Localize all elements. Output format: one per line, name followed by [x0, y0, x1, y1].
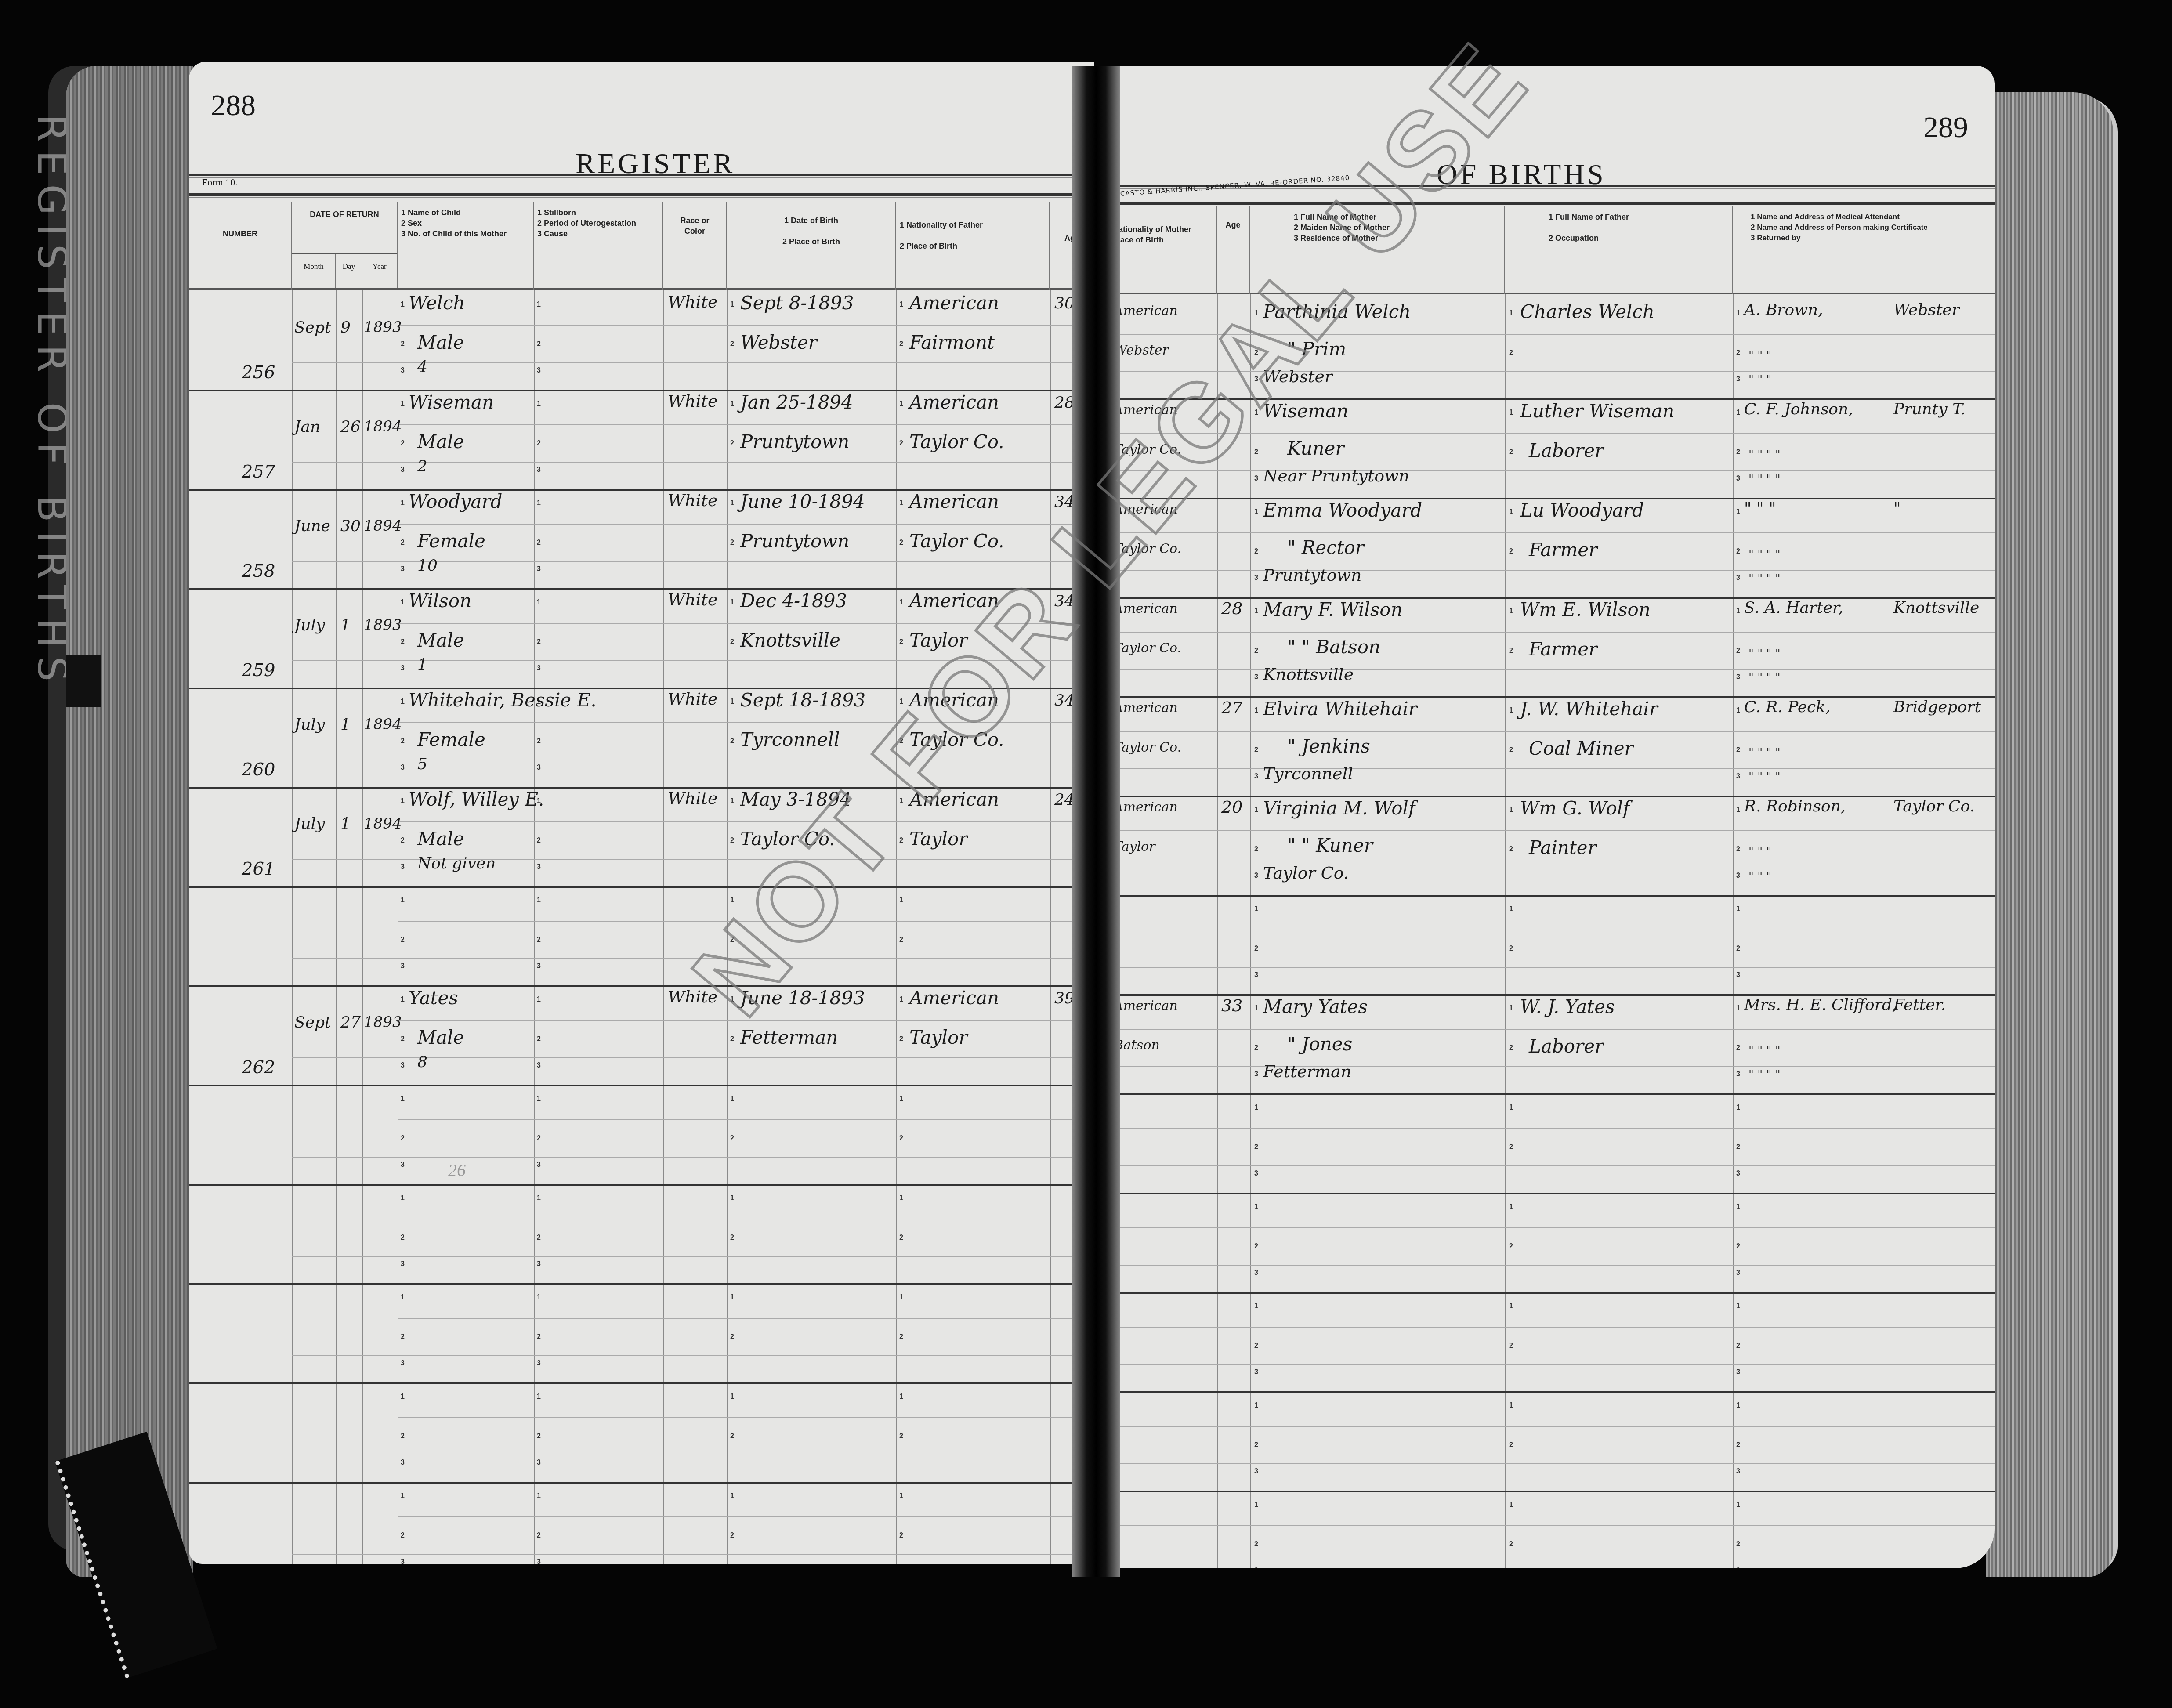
- mother-maiden-name: " Jones: [1287, 1033, 1352, 1055]
- row-subline: [1103, 1066, 1995, 1067]
- return-month: Sept: [294, 1013, 331, 1031]
- return-day: 1: [340, 616, 351, 634]
- line-index: 1: [1509, 707, 1513, 715]
- line-index: 2: [1736, 1243, 1740, 1251]
- return-month: June: [294, 517, 330, 535]
- return-year: 1893: [364, 318, 402, 336]
- row-subline: [292, 1355, 1094, 1356]
- header-race: Race or Color: [663, 202, 727, 290]
- line-index: 2: [899, 1333, 903, 1341]
- page-edges-left: [66, 66, 193, 1577]
- line-index: 2: [401, 340, 405, 348]
- line-index: 2: [730, 1234, 734, 1242]
- entry-number: 256: [242, 362, 275, 383]
- table-row: 1122331122: [1103, 897, 1995, 996]
- child-name: Woodyard: [409, 491, 503, 512]
- child-name: Wiseman: [409, 391, 494, 413]
- return-day: 1: [340, 716, 351, 734]
- line-index: 2: [1509, 846, 1513, 854]
- line-index: 1: [1254, 1501, 1258, 1509]
- line-index: 2: [537, 539, 541, 547]
- line-index: 1: [1509, 1005, 1513, 1013]
- table-row: 1122331122262Sept271893YatesMale8WhiteJu…: [189, 987, 1094, 1086]
- mother-age: 27: [1221, 698, 1242, 717]
- line-index: 1: [401, 301, 405, 309]
- line-index: 2: [899, 638, 903, 646]
- line-index: 2: [730, 1433, 734, 1440]
- row-subline: [1103, 1426, 1995, 1427]
- father-name: Wm G. Wolf: [1520, 797, 1630, 819]
- table-row: 1122331122: [189, 1484, 1094, 1564]
- line-index: 3: [1254, 673, 1258, 681]
- header-rule: [1103, 202, 1995, 206]
- row-subline: [292, 859, 1094, 860]
- row-subline: [1103, 1525, 1995, 1526]
- child-sex: Male: [417, 630, 464, 651]
- birth-date: Jan 25-1894: [740, 391, 853, 413]
- line-index: 2: [401, 936, 405, 944]
- row-subline: [1103, 731, 1995, 732]
- line-index: 2: [537, 936, 541, 944]
- table-row: 1122331122: [1103, 1095, 1995, 1194]
- line-index: 2: [1509, 1342, 1513, 1350]
- certifier: " " ": [1748, 846, 1771, 859]
- row-subline: [292, 1157, 1094, 1158]
- line-index: 3: [1736, 574, 1740, 582]
- entry-number: 262: [242, 1057, 275, 1078]
- line-index: 1: [401, 897, 405, 905]
- race: White: [668, 491, 717, 510]
- row-subline: [292, 1554, 1094, 1555]
- line-index: 3: [537, 367, 541, 375]
- table-row: 1122331122: [1103, 1393, 1995, 1492]
- row-subline: [398, 424, 1094, 425]
- line-index: 1: [899, 1492, 903, 1500]
- return-month: July: [294, 815, 325, 833]
- line-index: 1: [899, 400, 903, 408]
- line-index: 3: [401, 1459, 405, 1467]
- table-row: 1122331122256Sept91893WelchMale4WhiteSep…: [189, 292, 1094, 391]
- line-index: 3: [537, 665, 541, 673]
- line-index: 2: [1509, 1243, 1513, 1251]
- line-index: 1: [1254, 1104, 1258, 1112]
- return-day: 26: [340, 418, 361, 436]
- table-row: 1122331122: [189, 1285, 1094, 1384]
- mother-name: Elvira Whitehair: [1263, 698, 1417, 720]
- line-index: 3: [1254, 1269, 1258, 1277]
- father-name: Luther Wiseman: [1520, 400, 1674, 422]
- returned-by: " " ": [1748, 870, 1771, 883]
- mother-age: 20: [1221, 797, 1242, 817]
- row-subline: [1103, 570, 1995, 571]
- mother-maiden-name: Kuner: [1287, 438, 1344, 459]
- line-index: 2: [1736, 1044, 1740, 1052]
- line-index: 2: [401, 837, 405, 845]
- form-label: Form 10.: [202, 177, 238, 188]
- line-index: 2: [1736, 647, 1740, 655]
- line-index: 3: [537, 963, 541, 970]
- header-date-of-return: DATE OF RETURN: [292, 202, 398, 255]
- line-index: 3: [1254, 574, 1258, 582]
- line-index: 2: [537, 1035, 541, 1043]
- line-index: 2: [730, 837, 734, 845]
- header-father: 1 Full Name of Father 2 Occupation: [1505, 206, 1733, 294]
- mother-age: 33: [1221, 996, 1242, 1015]
- line-index: 3: [1736, 1468, 1740, 1476]
- row-subline: [292, 561, 1094, 562]
- child-sex: Female: [417, 530, 485, 552]
- row-subline: [398, 821, 1094, 822]
- father-age: 30: [1054, 294, 1075, 312]
- return-day: 27: [340, 1013, 361, 1031]
- line-index: 3: [401, 764, 405, 772]
- race: White: [668, 689, 717, 709]
- table-row: 1122331122: [1103, 1294, 1995, 1393]
- return-day: 9: [340, 318, 351, 337]
- line-index: 1: [730, 1393, 734, 1401]
- return-day: 1: [340, 815, 351, 833]
- line-index: 3: [1736, 376, 1740, 384]
- line-index: 1: [1736, 806, 1740, 814]
- line-index: 2: [537, 440, 541, 448]
- line-index: 3: [1736, 1567, 1740, 1568]
- line-index: 1: [1509, 1402, 1513, 1410]
- row-subline: [1103, 1227, 1995, 1228]
- line-index: 3: [1736, 773, 1740, 781]
- line-index: 1: [1254, 806, 1258, 814]
- line-index: 3: [401, 963, 405, 970]
- child-sex: Male: [417, 1027, 464, 1048]
- line-index: 2: [730, 539, 734, 547]
- line-index: 2: [537, 738, 541, 745]
- child-number: 5: [417, 755, 427, 773]
- entry-number: 257: [242, 462, 275, 482]
- mother-age: 28: [1221, 599, 1242, 618]
- line-index: 2: [1254, 647, 1258, 655]
- table-row: 1122331122AmericanTaylor Co.27Elvira Whi…: [1103, 698, 1995, 797]
- line-index: 3: [401, 1360, 405, 1368]
- column-headers-left: NUMBER DATE OF RETURN Month Day Year 1 N…: [189, 202, 1094, 290]
- row-subline: [292, 1256, 1094, 1257]
- returned-by: " " " ": [1748, 572, 1781, 585]
- line-index: 1: [1254, 1303, 1258, 1310]
- left-page: 288 REGISTER Form 10. NUMBER DATE OF RET…: [189, 62, 1094, 1564]
- line-index: 2: [1254, 746, 1258, 754]
- line-index: 1: [1509, 806, 1513, 814]
- line-index: 2: [1254, 945, 1258, 953]
- line-index: 1: [537, 599, 541, 607]
- line-index: 1: [401, 996, 405, 1004]
- line-index: 3: [537, 1161, 541, 1169]
- child-sex: Female: [417, 729, 485, 750]
- entry-number: 258: [242, 561, 275, 581]
- row-subline: [398, 1516, 1094, 1517]
- returned-by: " " " ": [1748, 473, 1781, 486]
- line-index: 1: [899, 897, 903, 905]
- father-age: 39: [1054, 989, 1075, 1007]
- returned-by: " " " ": [1748, 771, 1781, 784]
- father-age: 28: [1054, 394, 1075, 412]
- line-index: 1: [1736, 310, 1740, 318]
- line-index: 1: [401, 1393, 405, 1401]
- line-index: 2: [730, 440, 734, 448]
- table-row: 1122331122: [1103, 1194, 1995, 1294]
- medical-attendant: A. Brown,: [1744, 301, 1823, 319]
- father-birthplace: Taylor: [909, 1027, 967, 1048]
- return-month: Sept: [294, 318, 331, 337]
- line-index: 2: [537, 1135, 541, 1143]
- table-row: 1122331122AmericanBatson33Mary Yates" Jo…: [1103, 996, 1995, 1095]
- table-row: 1122331122AmericanTaylor Co.28Mary F. Wi…: [1103, 599, 1995, 698]
- mother-maiden-name: " Jenkins: [1287, 735, 1370, 757]
- father-nationality: American: [909, 292, 999, 314]
- line-index: 1: [537, 400, 541, 408]
- line-index: 1: [1736, 1203, 1740, 1211]
- table-row: 1122331122AmericanTaylor20Virginia M. Wo…: [1103, 797, 1995, 897]
- return-day: 30: [340, 517, 361, 535]
- line-index: 1: [730, 499, 734, 507]
- father-occupation: Laborer: [1529, 440, 1604, 461]
- line-index: 2: [730, 1532, 734, 1540]
- page-edges-right: [1986, 92, 2113, 1577]
- line-index: 3: [1736, 1269, 1740, 1277]
- row-subline: [1103, 1463, 1995, 1464]
- line-index: 1: [1254, 508, 1258, 516]
- line-index: 2: [537, 1333, 541, 1341]
- line-index: 1: [1736, 409, 1740, 417]
- father-birthplace: Taylor Co.: [909, 431, 1004, 452]
- line-index: 1: [1509, 1303, 1513, 1310]
- line-index: 3: [1736, 673, 1740, 681]
- line-index: 1: [1509, 508, 1513, 516]
- line-index: 3: [537, 1260, 541, 1268]
- row-subline: [398, 325, 1094, 326]
- table-row: 1122331122: [189, 888, 1094, 987]
- father-name: W. J. Yates: [1520, 996, 1615, 1017]
- line-index: 1: [1509, 310, 1513, 318]
- child-name: Whitehair, Bessie E.: [409, 689, 597, 711]
- medical-attendant: C. R. Peck,: [1744, 698, 1830, 716]
- return-year: 1894: [364, 418, 402, 435]
- row-subline: [292, 1455, 1094, 1455]
- line-index: 2: [537, 340, 541, 348]
- row-subline: [1103, 1364, 1995, 1365]
- race: White: [668, 292, 717, 311]
- mother-name: Emma Woodyard: [1263, 499, 1422, 521]
- line-index: 2: [1736, 846, 1740, 854]
- birth-place: Webster: [740, 332, 817, 353]
- header-month: Month: [292, 253, 336, 288]
- line-index: 1: [1736, 1402, 1740, 1410]
- line-index: 2: [1736, 945, 1740, 953]
- line-index: 2: [1254, 846, 1258, 854]
- line-index: 1: [1736, 1005, 1740, 1013]
- line-index: 2: [1254, 1243, 1258, 1251]
- line-index: 1: [1254, 608, 1258, 615]
- mother-nationality: American: [1114, 800, 1178, 815]
- child-name: Yates: [409, 987, 458, 1009]
- attendant-address: Knottsville: [1893, 599, 1979, 617]
- line-index: 2: [899, 340, 903, 348]
- child-number: 1: [417, 656, 427, 674]
- line-index: 3: [1254, 773, 1258, 781]
- return-month: Jan: [294, 418, 320, 436]
- line-index: 1: [537, 301, 541, 309]
- race: White: [668, 391, 717, 411]
- row-subline: [1103, 930, 1995, 930]
- father-nationality: American: [909, 491, 999, 512]
- line-index: 1: [401, 1294, 405, 1302]
- row-subline: [398, 1219, 1094, 1219]
- line-index: 1: [401, 1095, 405, 1103]
- line-index: 3: [1254, 475, 1258, 483]
- line-index: 1: [730, 1492, 734, 1500]
- line-index: 1: [1509, 905, 1513, 913]
- spine-tab: [66, 655, 101, 707]
- line-index: 1: [401, 1492, 405, 1500]
- father-occupation: Laborer: [1529, 1035, 1604, 1057]
- line-index: 1: [730, 1294, 734, 1302]
- line-index: 3: [401, 565, 405, 573]
- birth-date: Sept 8-1893: [740, 292, 854, 314]
- line-index: 1: [1254, 905, 1258, 913]
- line-index: 2: [899, 1135, 903, 1143]
- line-index: 1: [401, 698, 405, 706]
- attendant-address: Prunty T.: [1893, 400, 1966, 418]
- line-index: 2: [401, 1035, 405, 1043]
- row-subline: [1103, 669, 1995, 670]
- attendant-address: Fetter.: [1893, 996, 1946, 1014]
- line-index: 2: [401, 738, 405, 745]
- row-subline: [292, 462, 1094, 463]
- row-subline: [292, 362, 1094, 363]
- line-index: 1: [899, 301, 903, 309]
- line-index: 3: [401, 466, 405, 474]
- header-father-nationality: 1 Nationality of Father 2 Place of Birth: [896, 202, 1050, 290]
- child-sex: Male: [417, 332, 464, 353]
- line-index: 1: [537, 1294, 541, 1302]
- line-index: 1: [899, 996, 903, 1004]
- line-index: 2: [1736, 349, 1740, 357]
- line-index: 1: [730, 797, 734, 805]
- line-index: 2: [401, 440, 405, 448]
- child-number: 2: [417, 457, 427, 475]
- returned-by: " " " ": [1748, 1068, 1781, 1082]
- line-index: 1: [730, 698, 734, 706]
- line-index: 1: [1736, 707, 1740, 715]
- line-index: 1: [1736, 608, 1740, 615]
- line-index: 3: [401, 863, 405, 871]
- row-subline: [398, 1417, 1094, 1418]
- row-subline: [1103, 1165, 1995, 1166]
- line-index: 1: [401, 499, 405, 507]
- line-index: 2: [1509, 945, 1513, 953]
- line-index: 2: [1736, 1541, 1740, 1549]
- line-index: 3: [1254, 1567, 1258, 1568]
- line-index: 3: [1254, 1170, 1258, 1178]
- line-index: 1: [1736, 1303, 1740, 1310]
- father-name: J. W. Whitehair: [1520, 698, 1658, 720]
- mother-birthplace: Batson: [1114, 1038, 1160, 1053]
- header-attendant: 1 Name and Address of Medical Attendant …: [1733, 206, 1995, 294]
- father-age: 34: [1054, 691, 1075, 709]
- table-row: 1122331122: [189, 1186, 1094, 1285]
- line-index: 3: [1254, 872, 1258, 880]
- return-year: 1893: [364, 1013, 402, 1031]
- row-subline: [292, 1057, 1094, 1058]
- line-index: 2: [730, 638, 734, 646]
- line-index: 2: [401, 539, 405, 547]
- return-month: July: [294, 716, 325, 734]
- line-index: 1: [730, 301, 734, 309]
- page-number-left: 288: [211, 88, 256, 123]
- mother-residence: Knottsville: [1263, 665, 1354, 684]
- table-row: 1122331122258June301894WoodyardFemale10W…: [189, 491, 1094, 590]
- line-index: 1: [899, 499, 903, 507]
- child-sex: Male: [417, 431, 464, 452]
- header-number: NUMBER: [189, 202, 292, 290]
- line-index: 2: [1736, 746, 1740, 754]
- register-table-left: NUMBER DATE OF RETURN Month Day Year 1 N…: [189, 202, 1094, 1564]
- mother-nationality: American: [1114, 303, 1178, 318]
- header-child: 1 Name of Child 2 Sex 3 No. of Child of …: [398, 202, 534, 290]
- line-index: 3: [1254, 1468, 1258, 1476]
- header-rule: [189, 174, 1094, 178]
- child-name: Wolf, Willey E.: [409, 789, 544, 810]
- line-index: 2: [899, 539, 903, 547]
- row-subline: [1103, 632, 1995, 633]
- return-year: 1894: [364, 815, 402, 832]
- line-index: 1: [1509, 608, 1513, 615]
- mother-birthplace: Taylor Co.: [1114, 640, 1181, 656]
- father-name: Charles Welch: [1520, 301, 1654, 322]
- certifier: " " " ": [1748, 1044, 1781, 1057]
- line-index: 1: [899, 599, 903, 607]
- mother-name: Virginia M. Wolf: [1263, 797, 1415, 819]
- line-index: 2: [1509, 548, 1513, 556]
- line-index: 1: [537, 996, 541, 1004]
- mother-nationality: American: [1114, 998, 1178, 1013]
- line-index: 2: [1509, 746, 1513, 754]
- line-index: 2: [730, 1333, 734, 1341]
- line-index: 2: [401, 1333, 405, 1341]
- line-index: 1: [899, 1194, 903, 1202]
- line-index: 2: [537, 638, 541, 646]
- father-name: Wm E. Wilson: [1520, 599, 1651, 620]
- line-index: 3: [1736, 1170, 1740, 1178]
- birth-date: Dec 4-1893: [740, 590, 847, 612]
- medical-attendant: " " ": [1744, 499, 1776, 517]
- line-index: 2: [1254, 1441, 1258, 1449]
- line-index: 1: [401, 797, 405, 805]
- line-index: 1: [1254, 1005, 1258, 1013]
- line-index: 2: [730, 738, 734, 745]
- returned-by: " " ": [1748, 373, 1771, 387]
- mother-birthplace: Webster: [1114, 343, 1169, 358]
- line-index: 3: [537, 764, 541, 772]
- line-index: 2: [899, 440, 903, 448]
- line-index: 1: [1736, 508, 1740, 516]
- header-rule: [189, 193, 1094, 198]
- entry-number: 261: [242, 859, 275, 879]
- line-index: 2: [899, 1035, 903, 1043]
- mother-residence: Taylor Co.: [1263, 863, 1349, 883]
- line-index: 2: [401, 1234, 405, 1242]
- line-index: 3: [1736, 971, 1740, 979]
- mother-residence: Near Pruntytown: [1263, 466, 1409, 485]
- line-index: 2: [730, 1135, 734, 1143]
- line-index: 3: [1254, 971, 1258, 979]
